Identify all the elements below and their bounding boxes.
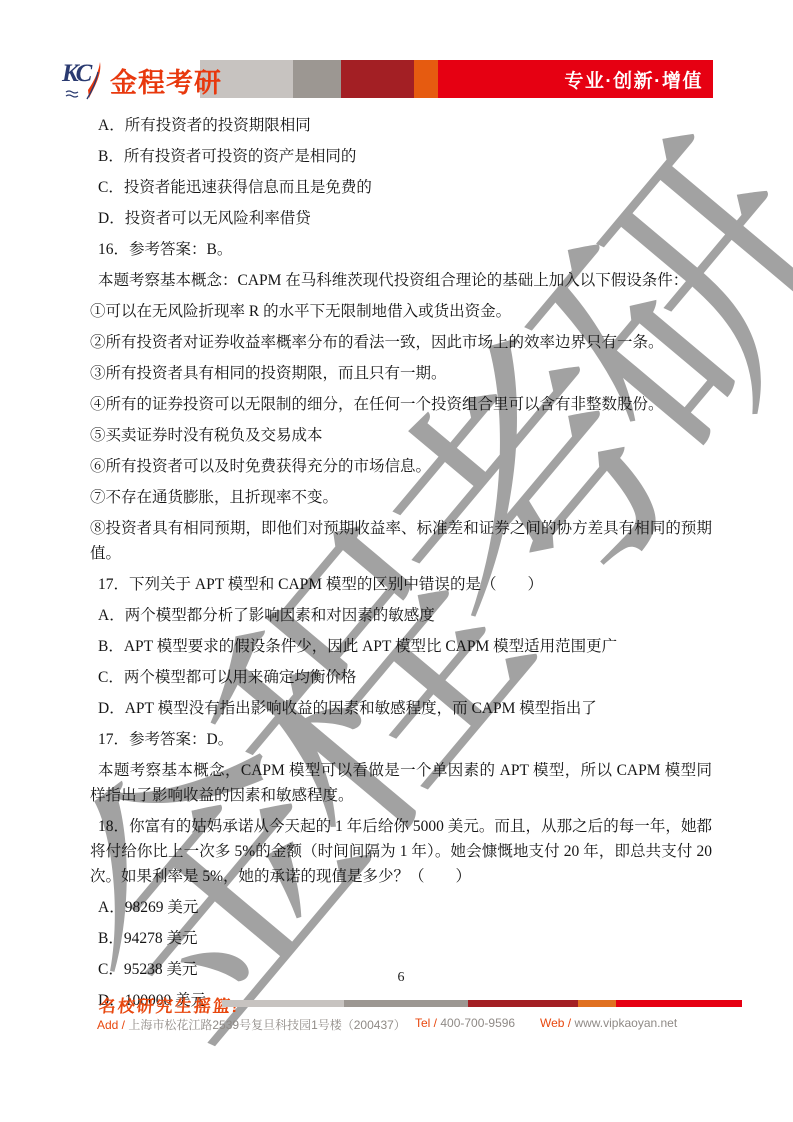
question-18: 18．你富有的姑妈承诺从今天起的 1 年后给你 5000 美元。而且，从那之后的…	[90, 814, 712, 889]
brand-logo: KC 金程考研	[62, 58, 222, 102]
option-c-q17: C．两个模型都可以用来确定均衡价格	[90, 665, 712, 690]
explanation-q17: 本题考察基本概念，CAPM 模型可以看做是一个单因素的 APT 模型，所以 CA…	[90, 758, 712, 808]
answer-q16: 16．参考答案：B。	[90, 237, 712, 262]
option-a-q16: A．所有投资者的投资期限相同	[90, 113, 712, 138]
footer-bar-segment-gray	[344, 1000, 468, 1007]
header-color-bar: 专业·创新·增值	[200, 60, 713, 98]
option-d-q16: D．投资者可以无风险利率借贷	[90, 206, 712, 231]
explanation-q16: 本题考察基本概念：CAPM 在马科维茨现代投资组合理论的基础上加入以下假设条件：	[90, 268, 712, 293]
assumption-2: ②所有投资者对证券收益率概率分布的看法一致，因此市场上的效率边界只有一条。	[90, 330, 712, 355]
web-value: www.vipkaoyan.net	[574, 1016, 677, 1030]
footer-address: Add / 上海市松花江路2539号复旦科技园1号楼（200437）	[97, 1016, 406, 1033]
header-bar-segment-gray	[293, 60, 341, 98]
answer-q17: 17．参考答案：D。	[90, 727, 712, 752]
assumption-7: ⑦不存在通货膨胀，且折现率不变。	[90, 485, 712, 510]
assumption-1: ①可以在无风险折现率 R 的水平下无限制地借入或货出资金。	[90, 299, 712, 324]
option-a-q18: A．98269 美元	[90, 895, 712, 920]
assumption-8: ⑧投资者具有相同预期，即他们对预期收益率、标准差和证券之间的协方差具有相同的预期…	[90, 516, 712, 566]
brand-name: 金程考研	[110, 61, 222, 100]
document-page: 金程考研 KC 金程考研 专业·创新·增值 A．所有投资者的投资期限相同B．所有…	[0, 0, 793, 1122]
option-d-q17: D．APT 模型没有指出影响收益的因素和敏感程度，而 CAPM 模型指出了	[90, 696, 712, 721]
web-label: Web /	[540, 1016, 571, 1030]
footer-contact-row: Add / 上海市松花江路2539号复旦科技园1号楼（200437） Tel /…	[0, 1016, 793, 1036]
document-body: A．所有投资者的投资期限相同B．所有投资者可投资的资产是相同的C．投资者能迅速获…	[90, 113, 712, 1019]
option-b-q18: B．94278 美元	[90, 926, 712, 951]
tel-value: 400-700-9596	[440, 1016, 515, 1030]
header-bar-segment-red: 专业·创新·增值	[438, 60, 713, 98]
kc-monogram-icon: KC	[62, 58, 110, 102]
option-b-q17: B．APT 模型要求的假设条件少，因此 APT 模型比 CAPM 模型适用范围更…	[90, 634, 712, 659]
header-slogan: 专业·创新·增值	[564, 66, 703, 93]
option-a-q17: A．两个模型都分析了影响因素和对因素的敏感度	[90, 603, 712, 628]
option-c-q16: C．投资者能迅速获得信息而且是免费的	[90, 175, 712, 200]
option-b-q16: B．所有投资者可投资的资产是相同的	[90, 144, 712, 169]
footer-bar-segment-darkred	[468, 1000, 578, 1007]
header-bar-segment-orange	[414, 60, 438, 98]
assumption-6: ⑥所有投资者可以及时免费获得充分的市场信息。	[90, 454, 712, 479]
footer-color-bar	[222, 1000, 742, 1007]
assumption-3: ③所有投资者具有相同的投资期限，而且只有一期。	[90, 361, 712, 386]
quill-swoosh-icon	[62, 58, 110, 102]
header-bar-segment-darkred	[341, 60, 414, 98]
footer-website: Web / www.vipkaoyan.net	[540, 1016, 677, 1030]
footer-telephone: Tel / 400-700-9596	[415, 1016, 515, 1030]
footer-bar-segment-orange	[578, 1000, 616, 1007]
assumption-5: ⑤买卖证券时没有税负及交易成本	[90, 423, 712, 448]
footer-bar-segment-lightgray	[222, 1000, 344, 1007]
assumption-4: ④所有的证券投资可以无限制的细分，在任何一个投资组合里可以含有非整数股份。	[90, 392, 712, 417]
address-label: Add /	[97, 1018, 125, 1032]
address-value: 上海市松花江路2539号复旦科技园1号楼（200437）	[128, 1018, 405, 1032]
question-17: 17．下列关于 APT 模型和 CAPM 模型的区别中错误的是（ ）	[90, 572, 712, 597]
page-number: 6	[386, 970, 416, 986]
footer-slogan: 名校研究生摇篮!	[98, 992, 241, 1017]
footer-bar-segment-red	[616, 1000, 742, 1007]
tel-label: Tel /	[415, 1016, 437, 1030]
